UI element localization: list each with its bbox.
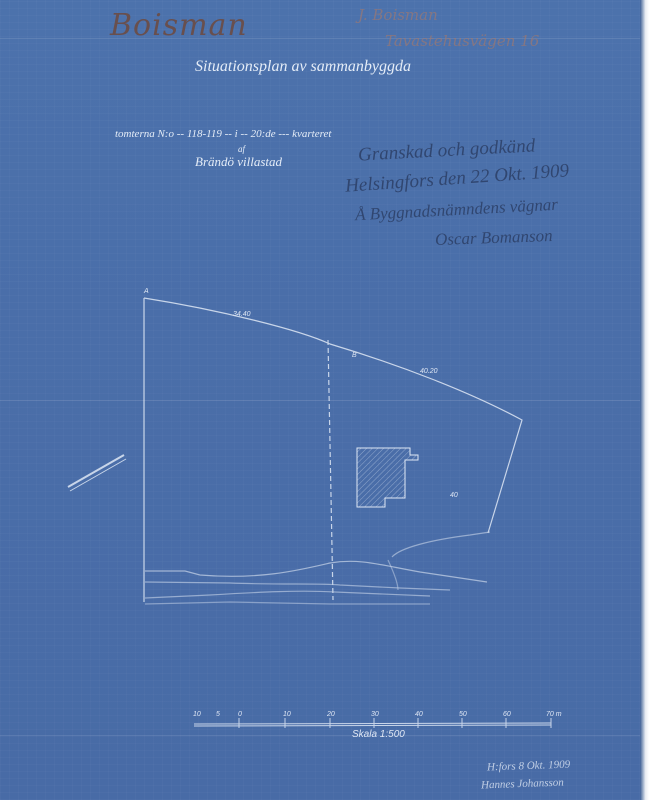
scale-tick: 10 [283,711,291,718]
top-edge-dimension: 34.40 [233,311,251,318]
scale-tick: 0 [238,711,242,718]
scale-tick: 20 [327,711,335,718]
plot-boundary-top-right [144,298,522,533]
blueprint-sheet: Boisman J. Boisman Tavastehusvägen 16 Si… [0,0,649,800]
scale-tick: 50 [459,711,467,718]
scale-tick: 70 m [546,711,562,718]
scale-tick: 40 [415,711,423,718]
building-footprint [357,448,418,507]
site-plan-drawing [0,0,649,800]
side-mark: B [352,352,357,359]
scale-label: Skala 1:500 [352,729,405,740]
scale-tick: 10 [193,711,201,718]
scale-tick: 5 [216,711,220,718]
right-edge-dimension: 40.20 [420,368,438,375]
scale-tick: 60 [503,711,511,718]
scale-tick: 30 [371,711,379,718]
inner-dimension: 40 [450,492,458,499]
lot-division-line [328,340,333,600]
scale-bar [194,718,551,728]
corner-label: A [144,288,149,295]
